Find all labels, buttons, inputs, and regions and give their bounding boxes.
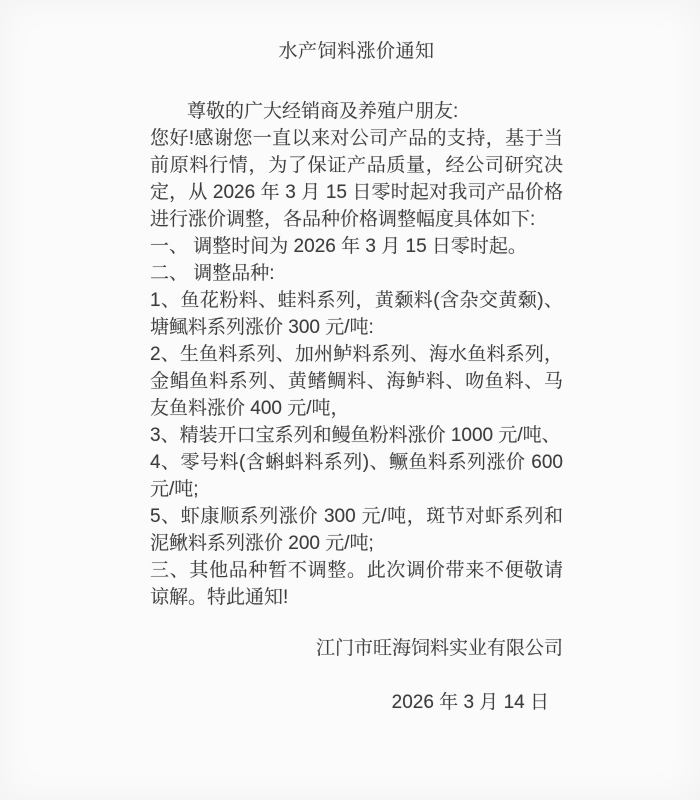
notice-date: 2026 年 3 月 14 日 [150,689,563,716]
notice-page: 水产饲料涨价通知 尊敬的广大经销商及养殖户朋友: 您好!感谢您一直以来对公司产品… [0,0,700,800]
notice-content: 水产饲料涨价通知 尊敬的广大经销商及养殖户朋友: 您好!感谢您一直以来对公司产品… [150,38,563,716]
notice-item-5: 5、虾康顺系列涨价 300 元/吨，斑节对虾系列和泥鳅料系列涨价 200 元/吨… [150,503,563,557]
notice-title: 水产饲料涨价通知 [150,38,563,65]
notice-item-3: 3、精装开口宝系列和鳗鱼粉料涨价 1000 元/吨、 [150,422,563,449]
company-signature: 江门市旺海饲料实业有限公司 [150,635,563,662]
notice-item-4: 4、零号料(含蝌蚪料系列)、鳜鱼料系列涨价 600 元/吨; [150,449,563,503]
salutation: 尊敬的广大经销商及养殖户朋友: [150,98,563,125]
notice-item-2: 2、生鱼料系列、加州鲈料系列、海水鱼料系列，金鲳鱼料系列、黄鳍鲷料、海鲈料、吻鱼… [150,341,563,422]
notice-item-closing: 三、其他品种暂不调整。此次调价带来不便敬请谅解。特此通知! [150,557,563,611]
notice-item-time: 一、 调整时间为 2026 年 3 月 15 日零时起。 [150,233,563,260]
intro-paragraph: 您好!感谢您一直以来对公司产品的支持，基于当前原料行情，为了保证产品质量，经公司… [150,125,563,233]
notice-item-1: 1、鱼花粉料、蛙料系列，黄颡料(含杂交黄颡)、塘鲺料系列涨价 300 元/吨: [150,287,563,341]
notice-item-varieties-heading: 二、 调整品种: [150,260,563,287]
